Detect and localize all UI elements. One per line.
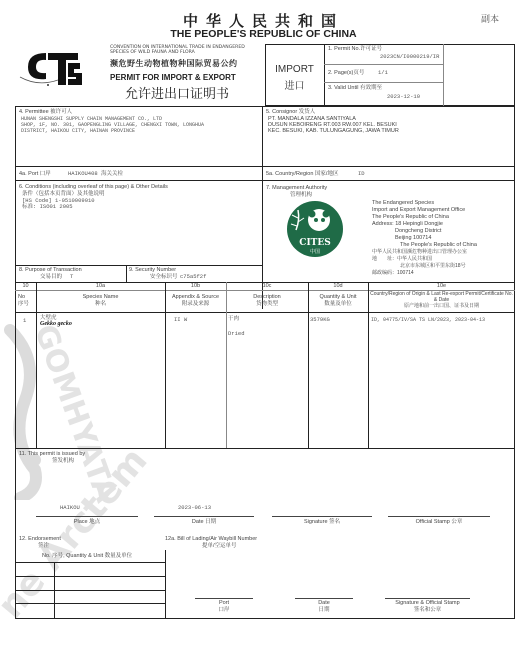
endorsement-label: 12. Endorsement xyxy=(19,536,61,543)
authority-line: Dongcheng District xyxy=(395,228,441,235)
title-en: THE PEOPLE'S REPUBLIC OF CHINA xyxy=(0,28,527,40)
cites-china-seal-icon: CITES 中国 xyxy=(286,200,344,258)
consignor-label: 5. Consignor 发货人 xyxy=(266,109,315,116)
permit-title-en: PERMIT FOR IMPORT & EXPORT xyxy=(110,73,236,82)
col-code: 10d xyxy=(308,283,368,290)
col-header-species: Species Name种名 xyxy=(36,294,165,307)
bill-label: 12a. Bill of Lading/Air Waybill Number xyxy=(165,536,257,543)
issued-label: 11. This permit is issued by xyxy=(19,451,85,458)
consignor-line: KEC. BESUKI, KAB. TULUNGAGUNG, JAWA TIMU… xyxy=(268,128,399,135)
col-code: 10b xyxy=(165,283,226,290)
svg-text:CITES: CITES xyxy=(299,238,330,248)
purpose-label-cn: 交易目的 xyxy=(40,274,62,281)
place-label: Place 地点 xyxy=(36,519,138,526)
row-origin: ID, 04775/IV/SA TS LN/2023, 2023-04-13 xyxy=(371,317,485,324)
authority-line: 地 址：中华人民共和国 xyxy=(372,256,432,263)
col-code: 10c xyxy=(226,283,308,290)
authority-line: Import and Export Management Office xyxy=(372,207,465,214)
col-header-description: Description货物类型 xyxy=(226,294,308,307)
issued-label-cn: 签发机构 xyxy=(52,458,74,465)
permittee-line: DISTRICT, HAIKOU CITY, HAINAN PROVINCE xyxy=(21,128,135,135)
convention-en: CONVENTION ON INTERNATIONAL TRADE IN END… xyxy=(110,45,260,55)
convention-cn: 濒危野生动物植物种国际贸易公约 xyxy=(110,58,238,69)
country-label: 5a. Country/Region 国家/地区 xyxy=(266,171,338,178)
signature-label: Signature 签名 xyxy=(272,519,372,526)
authority-line: 北京市东城区和平里东街18号 xyxy=(400,263,466,270)
authority-line: Beijing 100714 xyxy=(395,235,431,242)
col-header-quantity: Quantity & Unit数量及单位 xyxy=(308,294,368,307)
authority-label: 7. Management Authority xyxy=(266,185,327,192)
security-label-cn: 安全标识号 xyxy=(150,274,178,281)
purpose-value: T xyxy=(70,274,73,281)
security-label: 9. Security Number xyxy=(129,267,176,274)
authority-label-cn: 管理机构 xyxy=(290,192,312,199)
valid-until-value: 2023-12-10 xyxy=(387,94,420,101)
pages-value: 1/1 xyxy=(378,70,388,77)
endorse-port-label: Port口岸 xyxy=(195,600,253,613)
issued-date-value: 2023-06-13 xyxy=(178,505,211,512)
authority-line: The People's Republic of China xyxy=(372,214,449,221)
permit-type-en: IMPORT xyxy=(265,64,324,75)
permit-title-cn: 允许进出口证明书 xyxy=(125,83,229,102)
col-header-origin: Country/Region of Origin & Last Re-expor… xyxy=(370,291,513,309)
col-header-no: No序号 xyxy=(18,294,29,307)
cites-logo-icon xyxy=(18,47,96,91)
col-header-appendix: Appendix & Source附录及来源 xyxy=(165,294,226,307)
col-code: 10e xyxy=(368,283,515,290)
conditions-label: 6. Conditions (including overleaf of thi… xyxy=(19,184,168,191)
copy-mark: 副本 xyxy=(481,12,499,25)
port-label: 4a. Port 口岸 xyxy=(19,171,51,178)
country-value: ID xyxy=(358,171,365,178)
endorsement-col-header: No. 序号, Quantity & Unit 数量及单位 xyxy=(42,553,132,560)
row-no: 1 xyxy=(23,318,26,325)
authority-line: 邮政编码：100714 xyxy=(372,270,414,277)
conditions-line: 标准: ISO01 2005 xyxy=(22,204,73,211)
permit-no-label: 1. Permit No.许可证号 xyxy=(328,46,382,53)
row-species-latin: Gekko gecko xyxy=(40,321,72,327)
row-quantity: 3579KG xyxy=(310,317,330,324)
row-appendix: II W xyxy=(174,317,187,324)
valid-until-label: 3. Valid Until 有效期至 xyxy=(328,85,382,92)
endorse-date-label: Date日期 xyxy=(295,600,353,613)
col-code: 10a xyxy=(36,283,165,290)
row-description-cn: 干肉 xyxy=(228,316,239,323)
authority-line: 中华人民共和国濒危物种进出口管理办公室 xyxy=(372,249,467,256)
permit-type-cn: 进口 xyxy=(265,77,324,92)
issued-place-value: HAIKOU xyxy=(60,505,80,512)
security-value: c75a5f2f xyxy=(180,274,206,281)
authority-line: Address: 18 Hepingli Dongjie xyxy=(372,221,443,228)
pages-label: 2. Page(s)页号 xyxy=(328,70,364,77)
row-description-en: Dried xyxy=(228,331,245,338)
permit-no-value: 2023CN/I0000219/IR xyxy=(380,54,439,61)
date-label: Date 日期 xyxy=(154,519,254,526)
svg-text:中国: 中国 xyxy=(310,248,320,255)
authority-line: The Endangered Species xyxy=(372,200,434,207)
authority-line: The People's Republic of China xyxy=(400,242,477,249)
permittee-label: 4. Permittee 被许可人 xyxy=(19,109,72,116)
endorsement-label-cn: 签注 xyxy=(38,543,49,550)
port-value: HAIKOU408 海关关检 xyxy=(68,171,123,178)
official-stamp-label: Official Stamp 公章 xyxy=(388,519,490,526)
bill-label-cn: 提单/空运单号 xyxy=(202,543,237,550)
form-frame xyxy=(15,106,515,619)
endorse-signature-label: Signature & Official Stamp签名和公章 xyxy=(375,600,480,613)
col-code: 10 xyxy=(15,283,36,290)
